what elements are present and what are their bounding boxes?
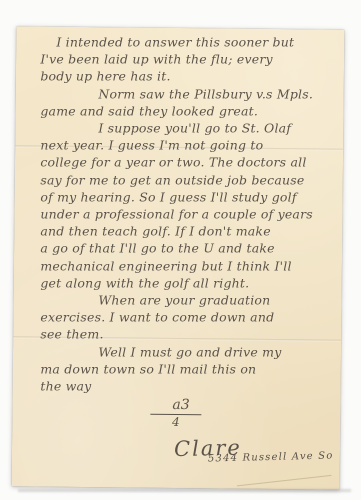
letter-line: body up here has it. [40, 68, 334, 85]
letter-body: I intended to answer this sooner butI've… [40, 34, 334, 395]
letter-line: When are your graduation [98, 292, 334, 309]
corner-crease [237, 475, 332, 487]
letter-line: next year. I guess I'm not going to [40, 137, 334, 154]
monogram-denominator: 4 [150, 415, 201, 430]
monogram-mark: a3 4 [150, 397, 202, 430]
letter-line: and then teach golf. If I don't make [40, 223, 334, 240]
letter-line: I've been laid up with the flu; every [40, 51, 334, 68]
letter-line: under a professional for a couple of yea… [40, 206, 334, 223]
letter-line: game and said they looked great. [40, 102, 334, 119]
letter-line: mechanical engineering but I think I'll [40, 257, 334, 274]
letter-paper: I intended to answer this sooner butI've… [12, 26, 345, 489]
letter-line: I intended to answer this sooner but [56, 34, 334, 51]
letter-line: Norm saw the Pillsbury v.s Mpls. [98, 85, 334, 102]
letter-line: I suppose you'll go to St. Olaf [98, 120, 334, 137]
sign-off-block: a3 4 Clare [150, 397, 242, 461]
address-line: 5344 Russell Ave So [208, 450, 334, 464]
letter-line: see them. [40, 326, 334, 343]
monogram-numerator: a3 [150, 397, 201, 416]
letter-line: ma down town so I'll mail this on [40, 360, 334, 377]
letter-line: college for a year or two. The doctors a… [40, 154, 334, 171]
letter-line: get along with the golf all right. [40, 274, 334, 291]
letter-line: exercises. I want to come down and [40, 309, 334, 326]
letter-line: say for me to get an outside job because [40, 171, 334, 188]
letter-line: of my hearing. So I guess I'll study gol… [40, 188, 334, 205]
letter-line: a go of that I'll go to the U and take [40, 240, 334, 257]
letter-line: the way [40, 378, 334, 395]
scan-background: I intended to answer this sooner butI've… [0, 0, 361, 500]
letter-line: Well I must go and drive my [98, 343, 334, 360]
